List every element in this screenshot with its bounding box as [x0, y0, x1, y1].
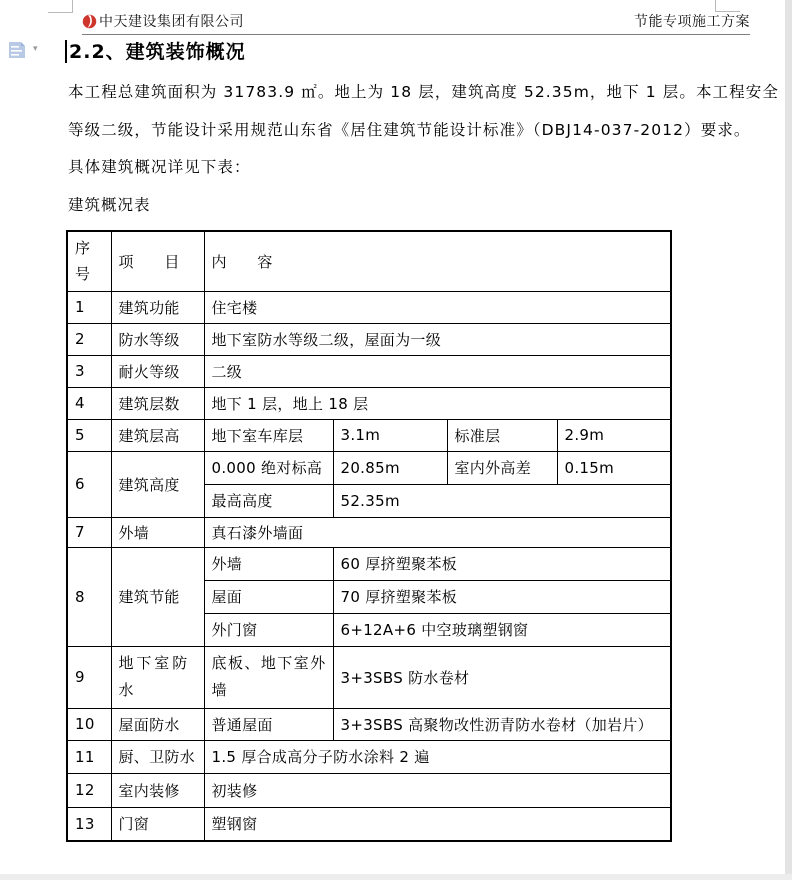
table-cell[interactable]: 二级 [204, 355, 671, 387]
page-header: 中天建设集团有限公司 节能专项施工方案 [82, 11, 750, 35]
table-cell[interactable]: 最高高度 [204, 484, 333, 517]
table-cell[interactable]: 屋面 [204, 580, 333, 613]
table-cell[interactable]: 70 厚挤塑聚苯板 [333, 580, 671, 613]
header-left: 中天建设集团有限公司 [82, 11, 244, 31]
table-cell[interactable]: 地下室防水等级二级，屋面为一级 [204, 323, 671, 355]
header-cell-no[interactable]: 序号 [67, 231, 111, 291]
table-cell[interactable]: 8 [67, 547, 111, 646]
table-row: 4 建筑层数 地下 1 层，地上 18 层 [67, 387, 671, 419]
table-cell[interactable]: 6 [67, 451, 111, 517]
table-row: 6 建筑高度 0.000 绝对标高 20.85m 室内外高差 0.15m [67, 451, 671, 484]
table-cell[interactable]: 普通屋面 [204, 708, 333, 740]
table-cell[interactable]: 0.15m [557, 451, 671, 484]
table-cell[interactable]: 4 [67, 387, 111, 419]
table-cell[interactable]: 10 [67, 708, 111, 740]
text-boundary-mark-top-left [48, 0, 73, 13]
table-cell[interactable]: 初装修 [204, 773, 671, 807]
table-header-row: 序号 项 目 内 容 [67, 231, 671, 291]
table-row: 13 门窗 塑钢窗 [67, 807, 671, 841]
dropdown-arrow-icon: ▾ [33, 44, 38, 54]
word-processor-canvas: { "header": { "company": "中天建设集团有限公司", "… [0, 0, 792, 880]
table-cell[interactable]: 地下室防水 [111, 646, 204, 708]
company-logo-icon [82, 14, 97, 29]
table-row: 7 外墙 真石漆外墙面 [67, 517, 671, 547]
table-cell[interactable]: 60 厚挤塑聚苯板 [333, 547, 671, 580]
table-cell[interactable]: 真石漆外墙面 [204, 517, 671, 547]
page-edge-right [785, 0, 792, 880]
table-cell[interactable]: 外墙 [111, 517, 204, 547]
table-cell[interactable]: 塑钢窗 [204, 807, 671, 841]
paragraph-options-button[interactable]: ▾ [7, 40, 38, 60]
doc-title: 节能专项施工方案 [634, 11, 750, 31]
body-paragraph: 本工程总建筑面积为 31783.9 ㎡。地上为 18 层，建筑高度 52.35m… [68, 74, 758, 187]
table-cell[interactable]: 门窗 [111, 807, 204, 841]
building-overview-table: 序号 项 目 内 容 1 建筑功能 住宅楼 2 防水等级 地下室防水等级二级，屋… [66, 230, 672, 842]
paragraph-line[interactable]: 等级二级，节能设计采用规范山东省《居住建筑节能设计标准》（DBJ14-037-2… [68, 112, 758, 150]
table-cell[interactable]: 1 [67, 291, 111, 323]
table-cell[interactable]: 12 [67, 773, 111, 807]
table-cell[interactable]: 住宅楼 [204, 291, 671, 323]
table-cell[interactable]: 地下室车库层 [204, 419, 333, 451]
table-cell[interactable]: 11 [67, 740, 111, 773]
table-cell[interactable]: 屋面防水 [111, 708, 204, 740]
header-cell-item[interactable]: 项 目 [111, 231, 204, 291]
table-row: 2 防水等级 地下室防水等级二级，屋面为一级 [67, 323, 671, 355]
table-cell[interactable]: 室内装修 [111, 773, 204, 807]
paragraph-line[interactable]: 具体建筑概况详见下表： [68, 149, 758, 187]
table-cell[interactable]: 3.1m [333, 419, 447, 451]
table-row: 5 建筑层高 地下室车库层 3.1m 标准层 2.9m [67, 419, 671, 451]
table-cell[interactable]: 建筑层高 [111, 419, 204, 451]
table-cell[interactable]: 建筑节能 [111, 547, 204, 646]
table-cell[interactable]: 建筑功能 [111, 291, 204, 323]
table-cell[interactable]: 6+12A+6 中空玻璃塑钢窗 [333, 613, 671, 646]
company-name: 中天建设集团有限公司 [99, 11, 244, 31]
table-caption[interactable]: 建筑概况表 [68, 193, 151, 215]
table-cell[interactable]: 防水等级 [111, 323, 204, 355]
page-edge-bottom [0, 874, 792, 880]
table-cell[interactable]: 20.85m [333, 451, 447, 484]
table-cell[interactable]: 9 [67, 646, 111, 708]
table-cell[interactable]: 5 [67, 419, 111, 451]
header-cell-content[interactable]: 内 容 [204, 231, 671, 291]
table-cell[interactable]: 建筑层数 [111, 387, 204, 419]
table-cell[interactable]: 地下 1 层，地上 18 层 [204, 387, 671, 419]
table-cell[interactable]: 13 [67, 807, 111, 841]
table-cell[interactable]: 1.5 厚合成高分子防水涂料 2 遍 [204, 740, 671, 773]
table-cell[interactable]: 底板、地下室外墙 [204, 646, 333, 708]
table-cell[interactable]: 0.000 绝对标高 [204, 451, 333, 484]
table-row: 9 地下室防水 底板、地下室外墙 3+3SBS 防水卷材 [67, 646, 671, 708]
paragraph-line[interactable]: 本工程总建筑面积为 31783.9 ㎡。地上为 18 层，建筑高度 52.35m… [68, 74, 758, 112]
table-cell[interactable]: 7 [67, 517, 111, 547]
table-row: 1 建筑功能 住宅楼 [67, 291, 671, 323]
table-cell[interactable]: 厨、卫防水 [111, 740, 204, 773]
table-cell[interactable]: 耐火等级 [111, 355, 204, 387]
table-cell[interactable]: 建筑高度 [111, 451, 204, 517]
document-page-icon [7, 40, 27, 60]
table-cell[interactable]: 外墙 [204, 547, 333, 580]
table-row: 11 厨、卫防水 1.5 厚合成高分子防水涂料 2 遍 [67, 740, 671, 773]
table-row: 3 耐火等级 二级 [67, 355, 671, 387]
section-title[interactable]: 2.2、建筑装饰概况 [69, 37, 246, 64]
table-cell[interactable]: 2 [67, 323, 111, 355]
table-row: 10 屋面防水 普通屋面 3+3SBS 高聚物改性沥青防水卷材（加岩片） [67, 708, 671, 740]
table-row: 12 室内装修 初装修 [67, 773, 671, 807]
table-cell[interactable]: 3+3SBS 防水卷材 [333, 646, 671, 708]
table-cell[interactable]: 室内外高差 [447, 451, 557, 484]
table-cell[interactable]: 外门窗 [204, 613, 333, 646]
text-cursor [65, 40, 67, 63]
table-row: 8 建筑节能 外墙 60 厚挤塑聚苯板 [67, 547, 671, 580]
table-cell[interactable]: 52.35m [333, 484, 671, 517]
table-cell[interactable]: 3 [67, 355, 111, 387]
table-cell[interactable]: 标准层 [447, 419, 557, 451]
table-cell[interactable]: 2.9m [557, 419, 671, 451]
table-cell[interactable]: 3+3SBS 高聚物改性沥青防水卷材（加岩片） [333, 708, 671, 740]
